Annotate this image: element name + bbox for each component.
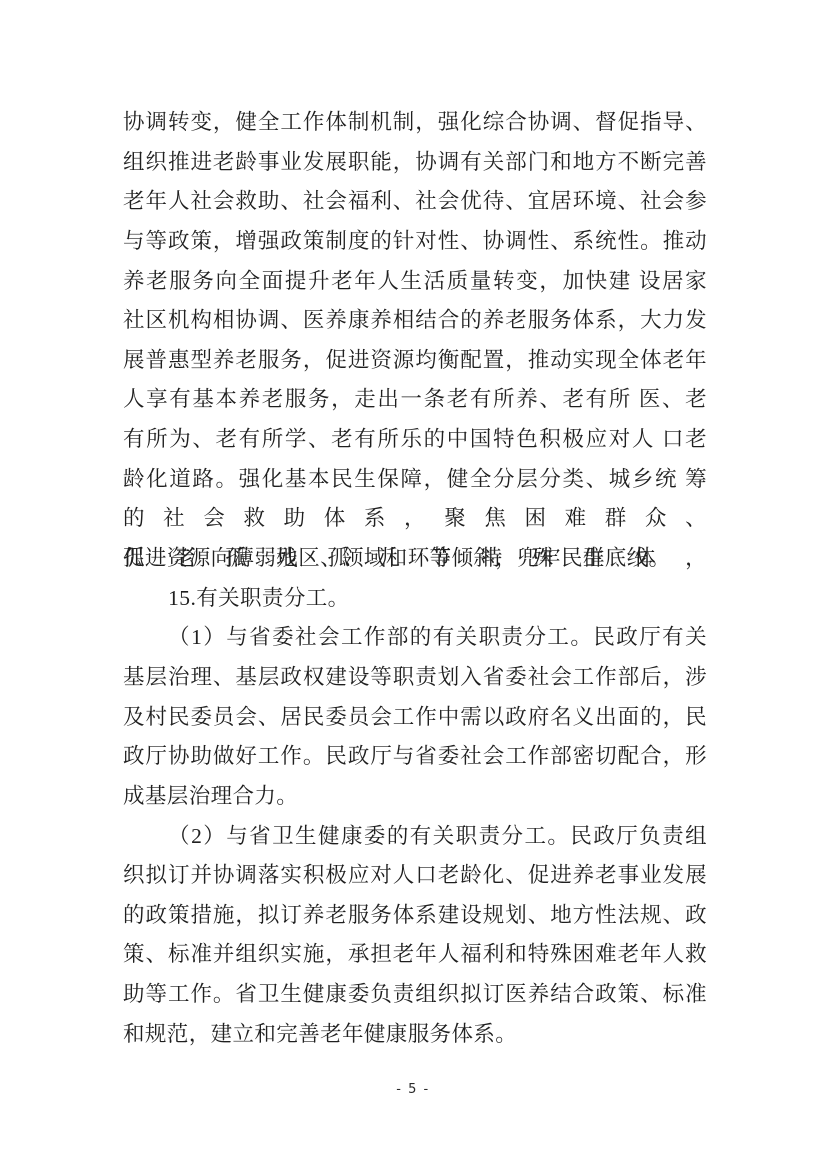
text-line: 展普惠型养老服务，促进资源均衡配置，推动实现全体老年 xyxy=(123,341,707,381)
text-line: 有所为、老有所学、老有所乐的中国特色积极应对人 口老 xyxy=(123,420,707,460)
text-line: 和规范，建立和完善老年健康服务体系。 xyxy=(123,1015,707,1055)
text-line: （2）与省卫生健康委的有关职责分工。民政厅负责组 xyxy=(123,817,707,857)
text-line: 15.有关职责分工。 xyxy=(123,579,707,619)
text-line: 成基层治理合力。 xyxy=(123,777,707,817)
text-line: 的政策措施，拟订养老服务体系建设规划、地方性法规、政 xyxy=(123,896,707,936)
document-page: 协调转变，健全工作体制机制，强化综合协调、督促指导、组织推进老龄事业发展职能，协… xyxy=(0,0,826,1169)
text-line: 养老服务向全面提升老年人生活质量转变，加快建 设居家 xyxy=(123,262,707,302)
text-line: 社区机构相协调、医养康养相结合的养老服务体系，大力发 xyxy=(123,301,707,341)
text-line: 的社会救助体系，聚焦困难群众、孤老孤残孤儿等特殊群体， xyxy=(123,499,707,539)
text-line: 及村民委员会、居民委员会工作中需以政府名义出面的，民 xyxy=(123,698,707,738)
page-number: - 5 - xyxy=(396,1082,429,1097)
text-line: 龄化道路。强化基本民生保障，健全分层分类、城乡统 筹 xyxy=(123,460,707,500)
text-line: 助等工作。省卫生健康委负责组织拟订医养结合政策、标准 xyxy=(123,975,707,1015)
text-line: 组织推进老龄事业发展职能，协调有关部门和地方不断完善 xyxy=(123,143,707,183)
text-line: 与等政策，增强政策制度的针对性、协调性、系统性。推动 xyxy=(123,222,707,262)
text-line: 策、标准并组织实施，承担老年人福利和特殊困难老年人救 xyxy=(123,935,707,975)
text-line: 促进资源向薄弱地区、领域和环节倾斜，兜牢民生底线。 xyxy=(123,539,707,579)
text-line: 老年人社会救助、社会福利、社会优待、宜居环境、社会参 xyxy=(123,182,707,222)
text-line: （1）与省委社会工作部的有关职责分工。民政厅有关 xyxy=(123,618,707,658)
document-body: 协调转变，健全工作体制机制，强化综合协调、督促指导、组织推进老龄事业发展职能，协… xyxy=(123,103,707,1054)
text-line: 人享有基本养老服务，走出一条老有所养、老有所 医、老 xyxy=(123,380,707,420)
text-line: 政厅协助做好工作。民政厅与省委社会工作部密切配合，形 xyxy=(123,737,707,777)
page-footer: - 5 - xyxy=(0,1080,826,1098)
text-line: 织拟订并协调落实积极应对人口老龄化、促进养老事业发展 xyxy=(123,856,707,896)
text-line: 基层治理、基层政权建设等职责划入省委社会工作部后，涉 xyxy=(123,658,707,698)
text-line: 协调转变，健全工作体制机制，强化综合协调、督促指导、 xyxy=(123,103,707,143)
